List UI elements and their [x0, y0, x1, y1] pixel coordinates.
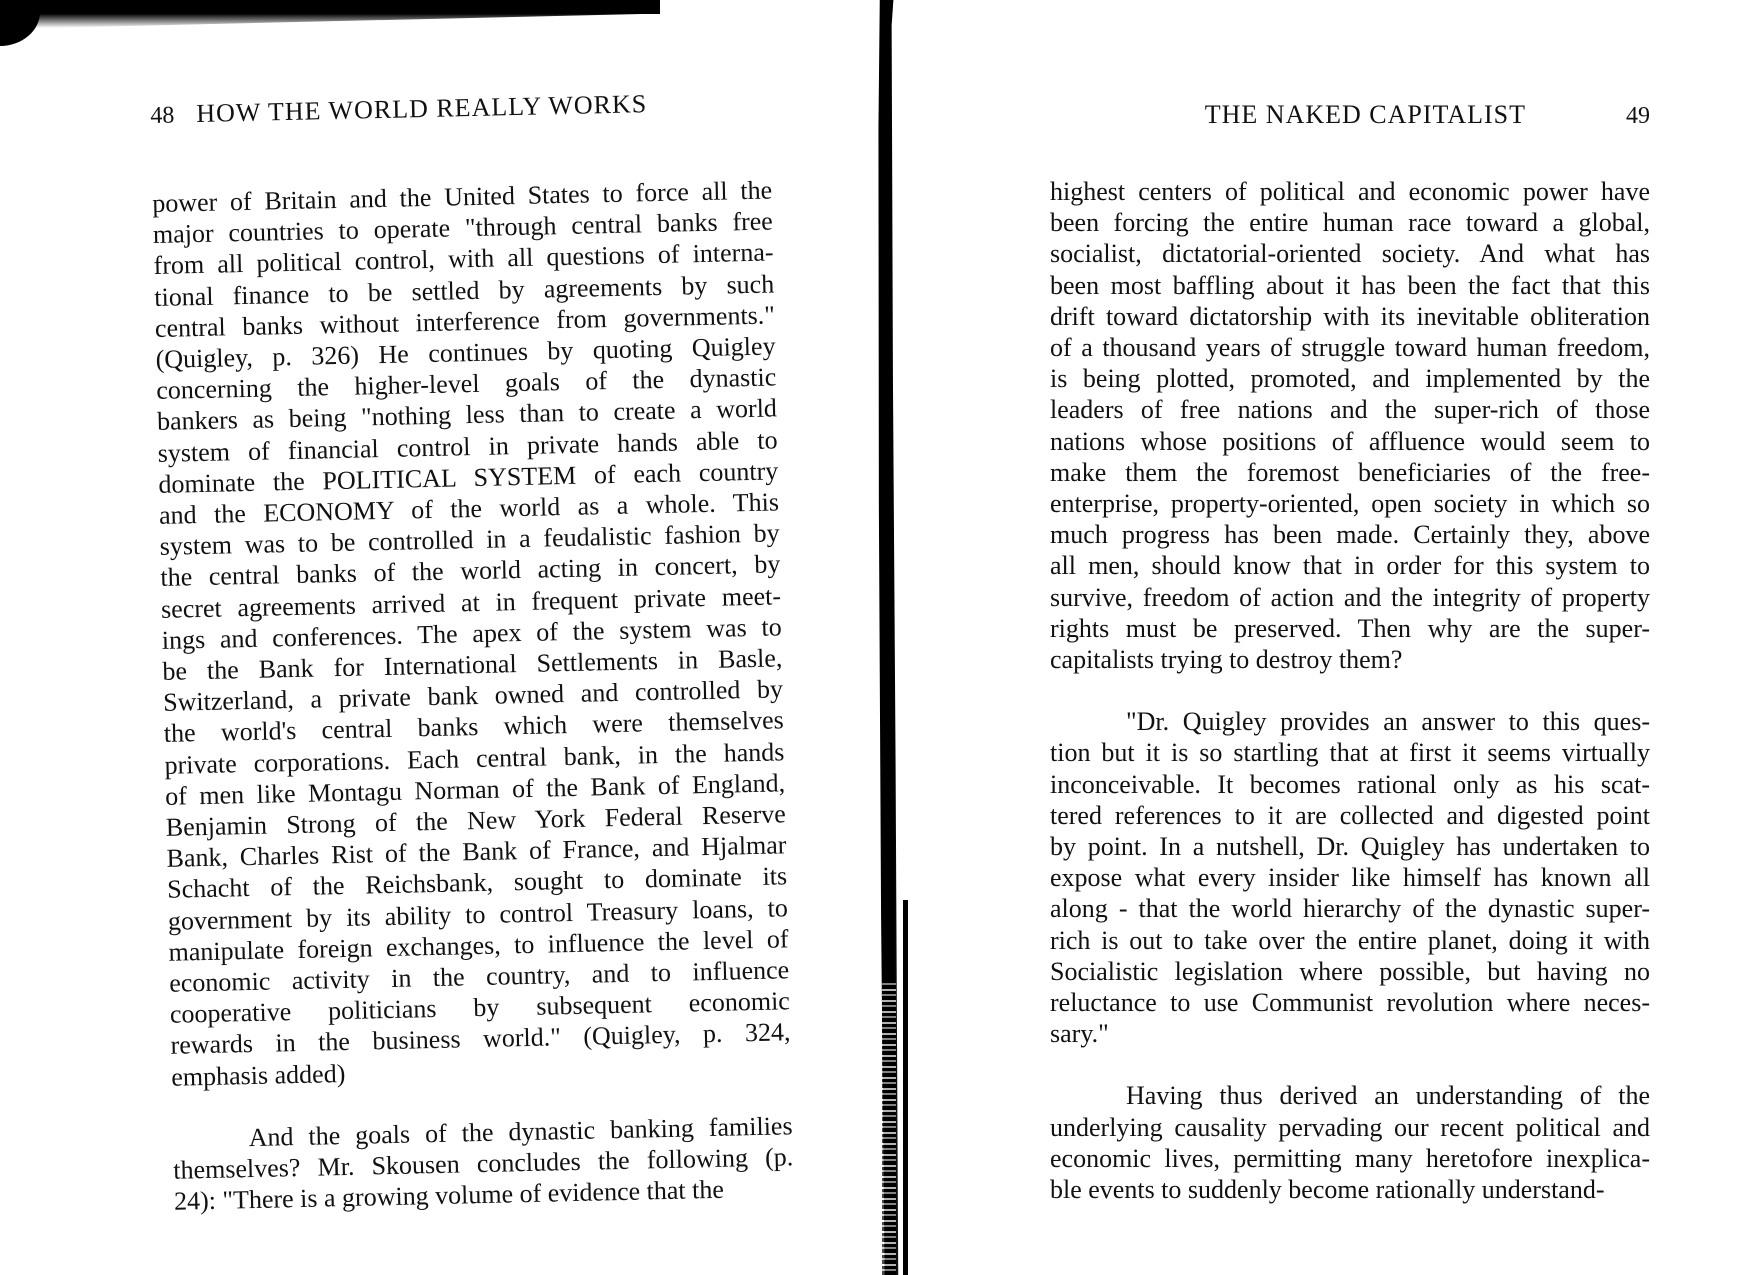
text-line: much progress has been made. Certainly t… [1050, 519, 1650, 550]
text-line: nations whose positions of affluence wou… [1050, 426, 1650, 457]
text-line: rights must be preserved. Then why are t… [1050, 613, 1650, 644]
gutter-edge [903, 900, 908, 1275]
left-page: 48 HOW THE WORLD REALLY WORKS power of B… [0, 0, 878, 1275]
paragraph: power of Britain and the United States t… [152, 174, 792, 1092]
paragraph: And the goals of the dynastic banking fa… [172, 1110, 794, 1217]
right-body-text: highest centers of political and economi… [1050, 176, 1650, 1205]
gutter-scan-noise [882, 980, 896, 1275]
text-line: by point. In a nutshell, Dr. Quigley has… [1050, 831, 1650, 862]
running-head-title-left: HOW THE WORLD REALLY WORKS [196, 89, 647, 129]
paragraph: "Dr. Quigley provides an answer to this … [1050, 706, 1650, 1049]
text-line: inconceivable. It becomes rational only … [1050, 769, 1650, 800]
text-line: of a thousand years of struggle toward h… [1050, 332, 1650, 363]
text-line: along - that the world hierarchy of the … [1050, 893, 1650, 924]
text-line: make them the foremost beneficiaries of … [1050, 457, 1650, 488]
left-page-content: 48 HOW THE WORLD REALLY WORKS power of B… [150, 86, 794, 1217]
text-line: been most baffling about it has been the… [1050, 270, 1650, 301]
page-number-right: 49 [1626, 103, 1650, 130]
text-line: economic lives, permitting many heretofo… [1050, 1143, 1650, 1174]
paragraph: highest centers of political and economi… [1050, 176, 1650, 675]
text-line: enterprise, property-oriented, open soci… [1050, 488, 1650, 519]
text-line: reluctance to use Communist revolution w… [1050, 987, 1650, 1018]
text-line: is being plotted, promoted, and implemen… [1050, 363, 1650, 394]
text-line: ble events to suddenly become rationally… [1050, 1174, 1650, 1205]
text-line: capitalists trying to destroy them? [1050, 644, 1650, 675]
left-body-text: power of Britain and the United States t… [152, 174, 794, 1217]
text-line: Socialistic legislation where possible, … [1050, 956, 1650, 987]
text-line: expose what every insider like himself h… [1050, 862, 1650, 893]
text-line: survive, freedom of action and the integ… [1050, 582, 1650, 613]
text-line: leaders of free nations and the super-ri… [1050, 394, 1650, 425]
right-page: THE NAKED CAPITALIST 49 highest centers … [910, 0, 1755, 1275]
text-line: "Dr. Quigley provides an answer to this … [1050, 706, 1650, 737]
page-number-left: 48 [150, 102, 175, 130]
text-line: sary." [1050, 1018, 1650, 1049]
right-running-head: THE NAKED CAPITALIST 49 [1050, 100, 1650, 140]
text-line: Having thus derived an understanding of … [1050, 1080, 1650, 1111]
text-line: all men, should know that in order for t… [1050, 550, 1650, 581]
text-line: tered references to it are collected and… [1050, 800, 1650, 831]
paragraph: Having thus derived an understanding of … [1050, 1080, 1650, 1205]
right-page-content: THE NAKED CAPITALIST 49 highest centers … [1050, 100, 1650, 1205]
running-head-title-right: THE NAKED CAPITALIST [1205, 100, 1526, 130]
paragraph-gap [1050, 675, 1650, 706]
text-line: socialist, dictatorial-oriented society.… [1050, 238, 1650, 269]
text-line: highest centers of political and economi… [1050, 176, 1650, 207]
text-line: rich is out to take over the entire plan… [1050, 925, 1650, 956]
text-line: tion but it is so startling that at firs… [1050, 737, 1650, 768]
text-line: underlying causality pervading our recen… [1050, 1112, 1650, 1143]
text-line: drift toward dictatorship with its inevi… [1050, 301, 1650, 332]
text-line: been forcing the entire human race towar… [1050, 207, 1650, 238]
left-running-head: 48 HOW THE WORLD REALLY WORKS [150, 86, 771, 140]
paragraph-gap [1050, 1049, 1650, 1080]
